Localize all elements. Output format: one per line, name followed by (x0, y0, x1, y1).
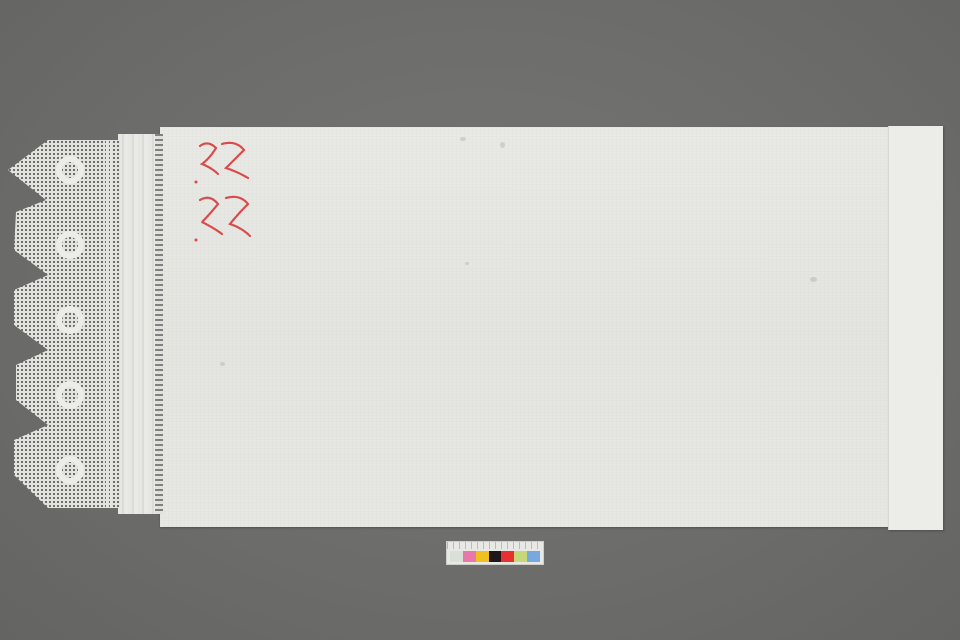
swatch-pink (463, 551, 476, 562)
swatch-red (501, 551, 514, 562)
stain (500, 142, 505, 148)
linen-towel (160, 127, 890, 527)
ruler-ticks (447, 542, 543, 549)
swatch-blue (527, 551, 540, 562)
swatch-gray (450, 551, 463, 562)
stain (460, 137, 466, 141)
color-swatches (450, 551, 540, 562)
swatch-yellow (476, 551, 489, 562)
towel-hem (888, 126, 943, 530)
drawn-thread-band (155, 134, 163, 514)
stain (220, 362, 225, 366)
red-monogram (192, 138, 254, 244)
color-calibration-scale (446, 541, 544, 565)
crochet-lace-border (8, 140, 120, 508)
stain (810, 277, 817, 282)
swatch-black (489, 551, 502, 562)
stain (465, 262, 469, 265)
swatch-green (514, 551, 527, 562)
